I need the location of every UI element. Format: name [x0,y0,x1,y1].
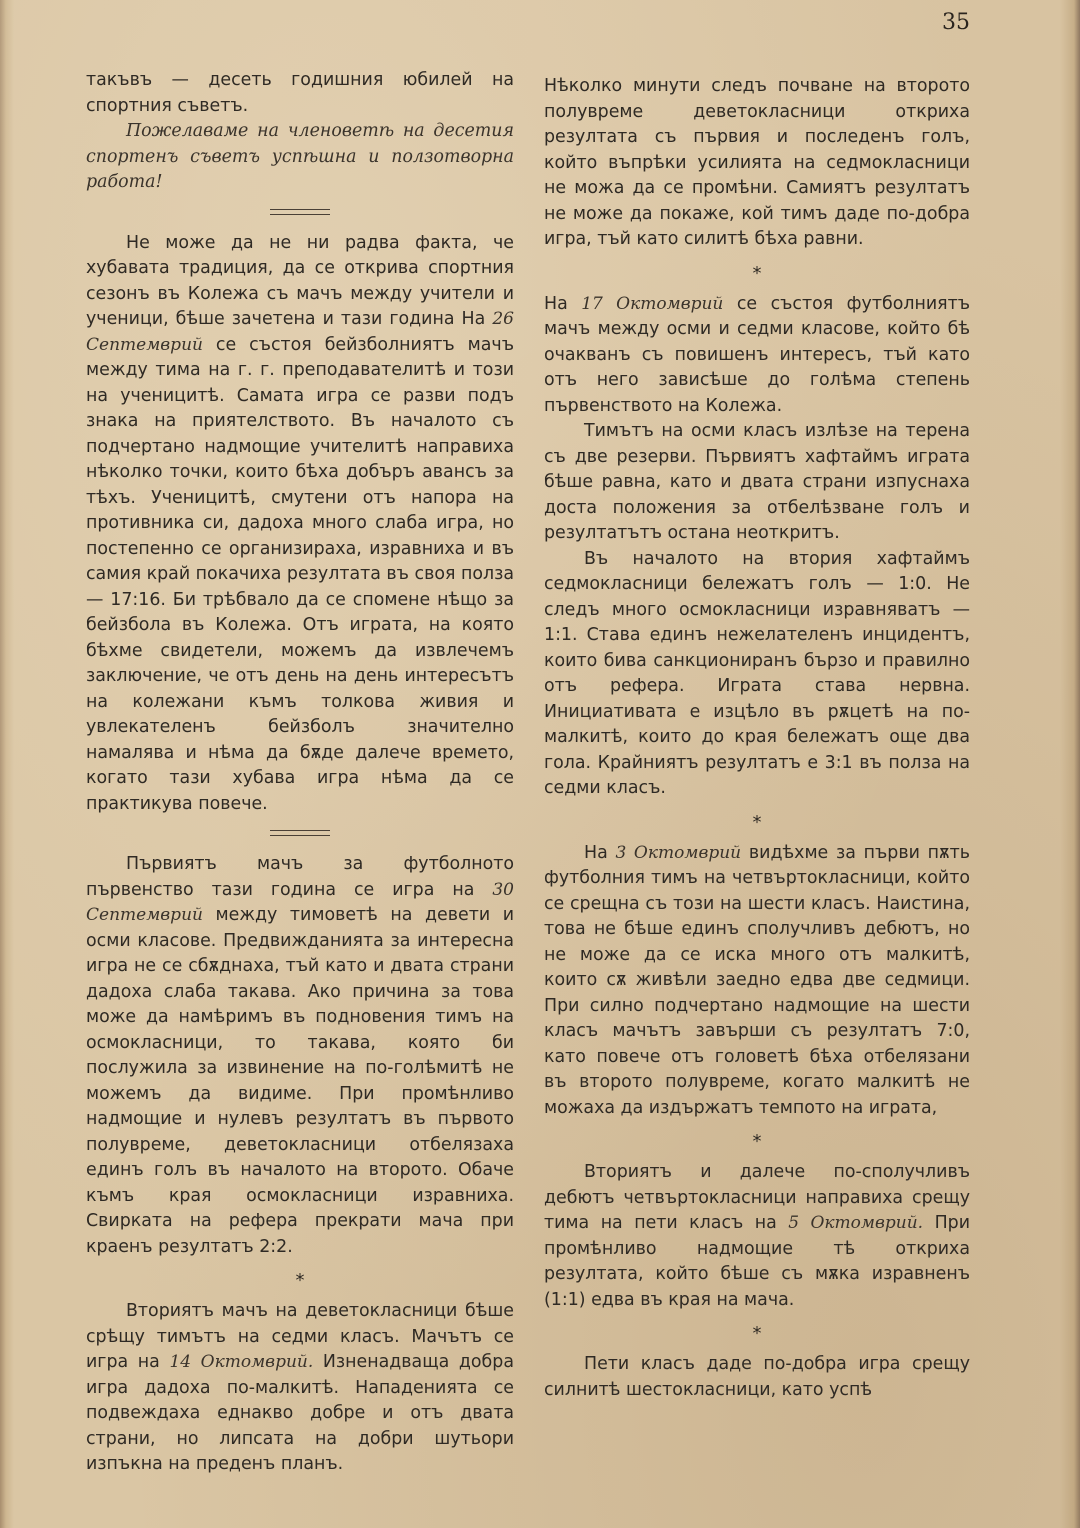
match-4-text-a: На [584,843,608,863]
match-3-second-half: Въ началото на втория хафтаймъ седмоклас… [544,547,970,802]
match-4-text-b: видѣхме за първи пѫть футболния тимъ на … [544,843,970,1118]
match-3-first-half: Тимътъ на осми класъ излѣзе на терена съ… [544,419,970,547]
right-column: Нѣколко минути следъ почване на второто … [544,74,970,1403]
scanned-page: 35 такъвъ — десеть годишния юбилей на сп… [0,0,1080,1528]
wish-paragraph: Пожелаваме на членоветѣ на десетия спорт… [86,119,514,196]
match-2-continuation: Нѣколко минути следъ почване на второто … [544,74,970,253]
football-match-3: На 17 Октомврий се състоя футболниятъ ма… [544,292,970,420]
match-4-date: 3 Октомврий [615,843,741,863]
match-3-text-a: На [544,294,568,314]
match-2-date: 14 Октомврий. [169,1352,313,1372]
football-match-4: На 3 Октомврий видѣхме за първи пѫть фут… [544,841,970,1122]
match-1-text-a: Първиятъ мачъ за футболното първенство т… [86,854,514,900]
baseball-text-b: се състоя бейзболниятъ мачъ между тима н… [86,335,514,814]
match-3-date: 17 Октомврий [581,294,723,314]
asterisk-separator: * [544,1129,970,1155]
baseball-paragraph: Не може да не ни радва факта, че хубават… [86,231,514,818]
asterisk-separator: * [544,1321,970,1347]
football-match-2: Вториятъ мачъ на деветокласници бѣше срѣ… [86,1299,514,1478]
football-match-5: Вториятъ и далече по-сполучливъ дебютъ ч… [544,1160,970,1313]
baseball-text-a: Не може да не ни радва факта, че хубават… [86,233,514,330]
match-1-text-b: между тимоветѣ на девети и осми класове.… [86,905,514,1257]
match-5-date: 5 Октомврий. [788,1213,923,1233]
asterisk-separator: * [86,1268,514,1294]
section-separator [270,209,330,215]
page-number: 35 [940,10,970,35]
football-match-1: Първиятъ мачъ за футболното първенство т… [86,852,514,1260]
football-match-6: Пети класъ даде по-добра игра срещу силн… [544,1352,970,1403]
asterisk-separator: * [544,261,970,287]
section-separator [270,830,330,836]
asterisk-separator: * [544,810,970,836]
intro-ending: такъвъ — десеть годишния юбилей на спорт… [86,68,514,119]
left-column: такъвъ — десеть годишния юбилей на спорт… [86,68,514,1478]
